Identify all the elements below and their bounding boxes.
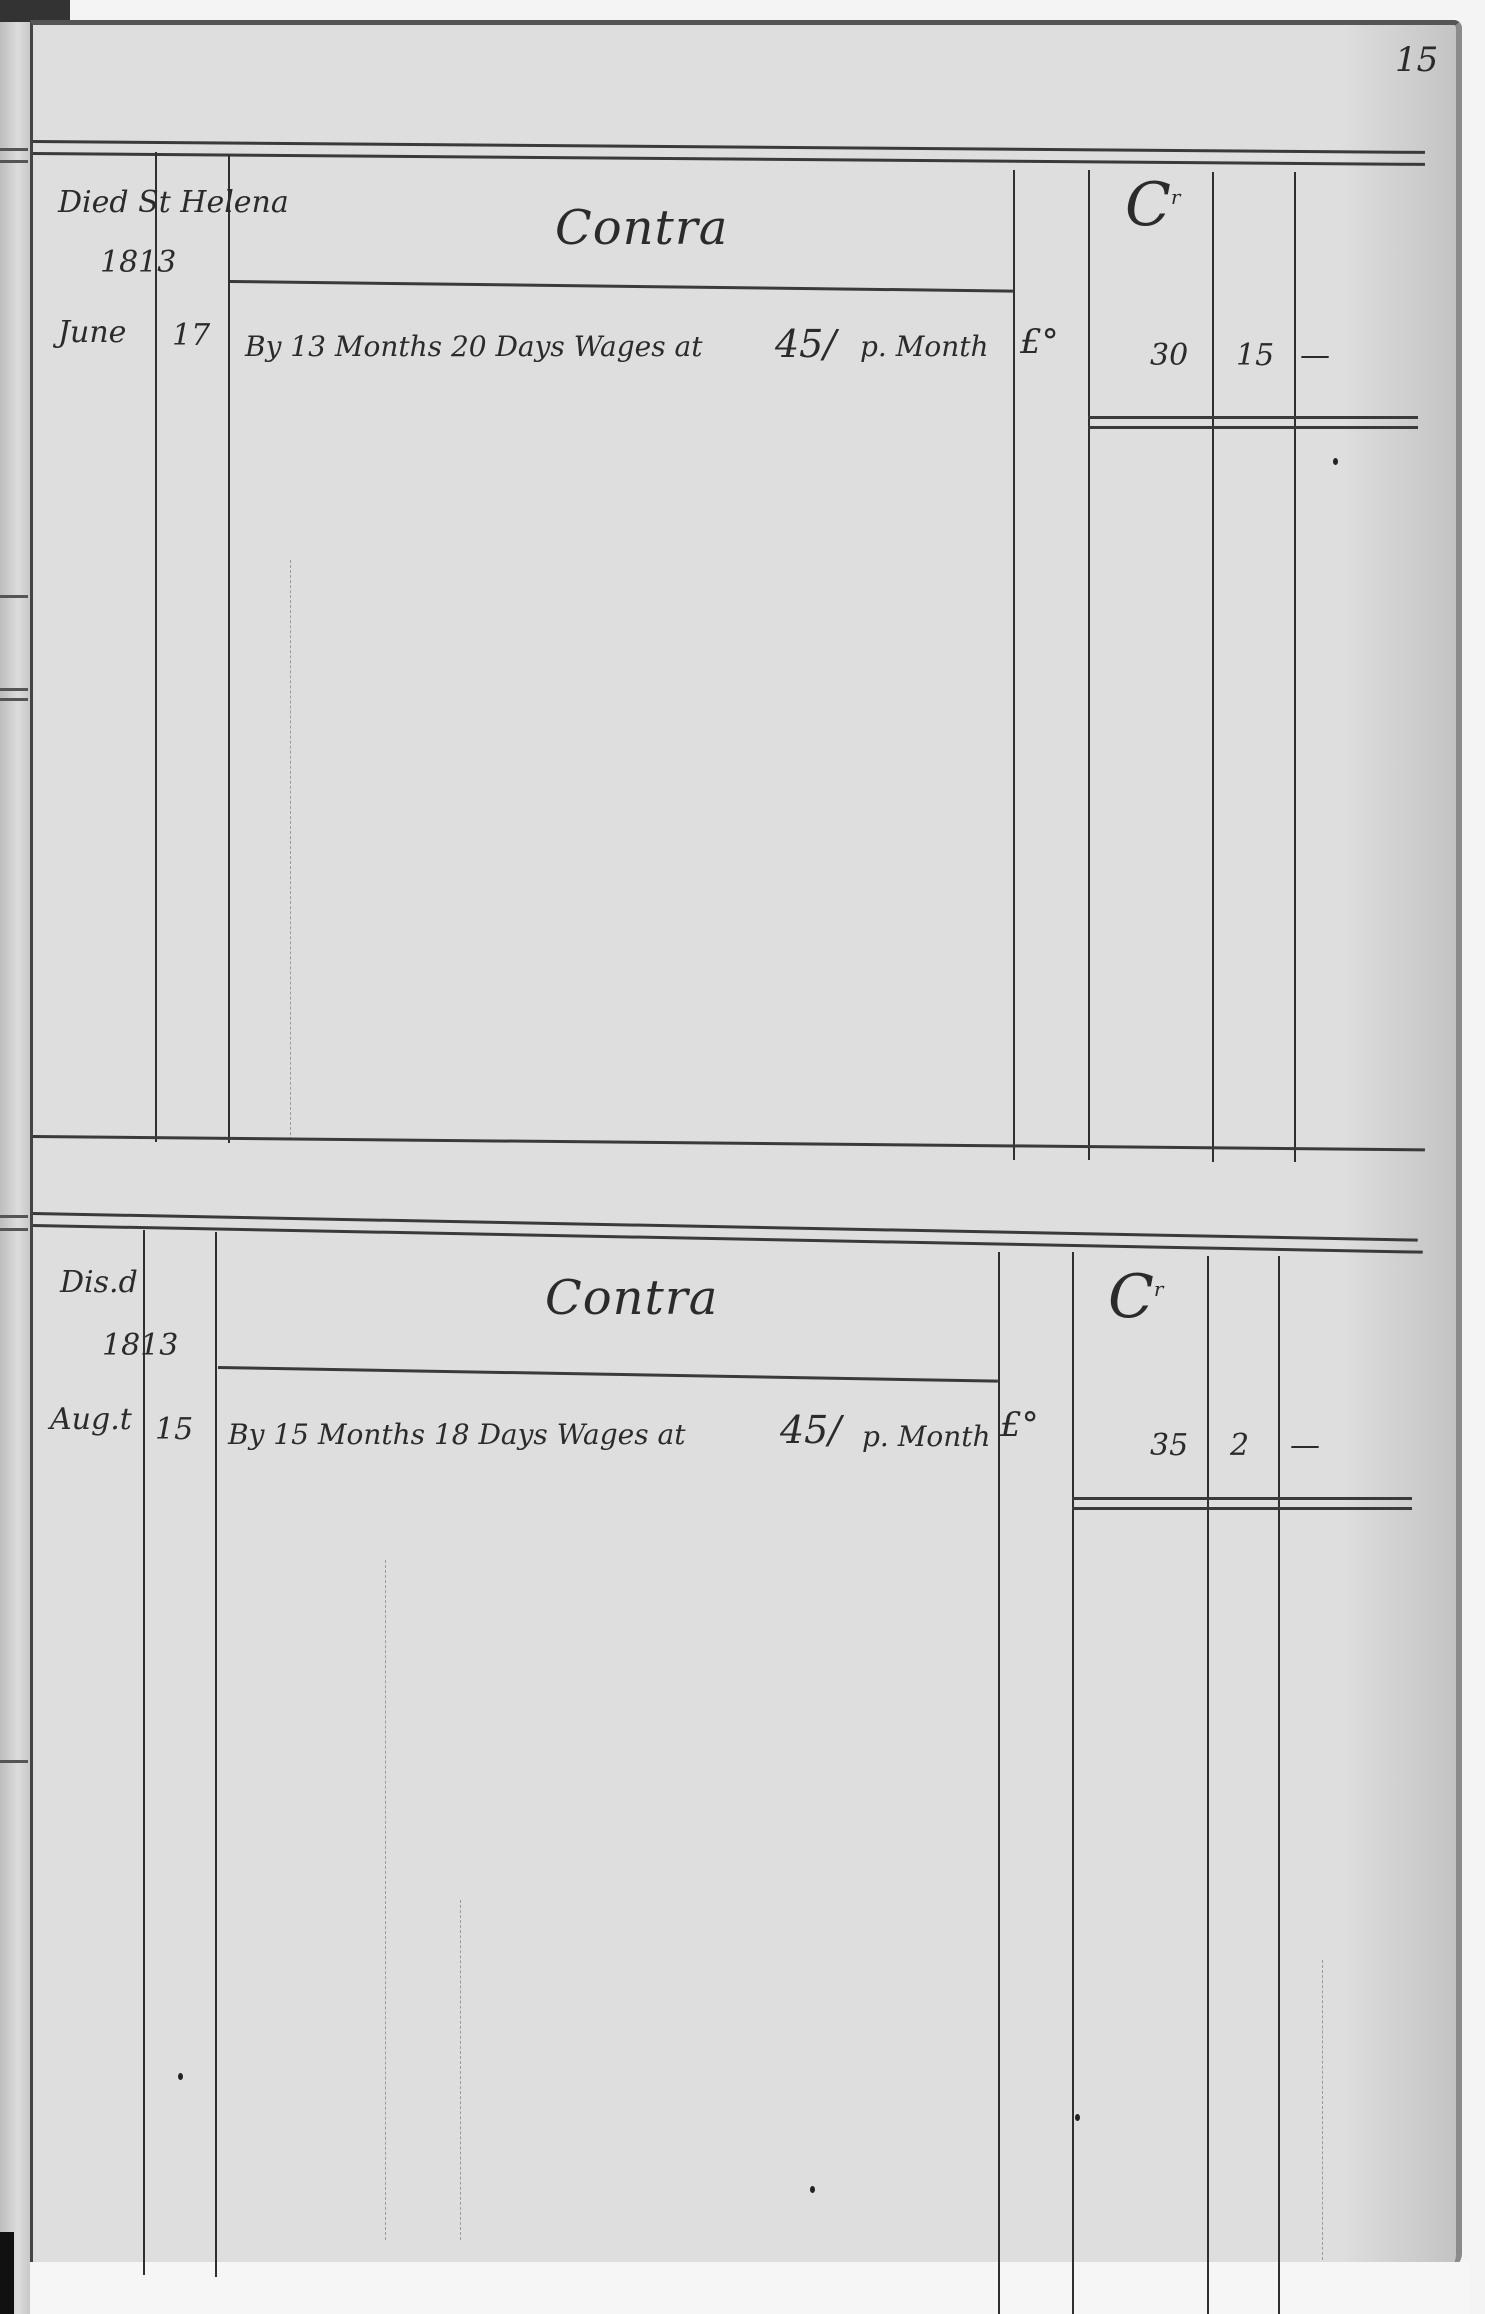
year: 1813 [102,1328,178,1363]
amount-double-rule [1088,416,1418,419]
contra-heading: Contra [545,1270,718,1326]
pounds-column-rule [1207,1256,1209,2314]
entry-folio: £° [1020,322,1059,362]
facing-page-rule [0,148,28,151]
ink-spot [178,2073,183,2080]
facing-page-rule [0,160,28,163]
facing-page-rule [0,688,28,691]
entry-shillings: 15 [1236,338,1274,373]
shillings-column-rule [1294,172,1296,1162]
faint-guide-line [385,1560,386,2240]
background-below-page [30,2262,1470,2314]
margin-note: Dis.d [60,1265,138,1300]
facing-page-rule [0,1228,28,1231]
page-number: 15 [1395,40,1438,80]
date-column-rule [143,1230,145,2275]
entry-shillings: 2 [1230,1428,1249,1463]
entry-month: Aug.t [50,1402,132,1437]
entry-per: p. Month [862,1420,991,1453]
day-column-rule [215,1232,217,2277]
facing-page-rule [0,698,28,701]
facing-page-rule [0,1215,28,1218]
entry-per: p. Month [860,330,989,363]
entry-description: By 15 Months 18 Days Wages at [228,1418,685,1451]
faint-guide-line [290,560,291,1140]
entry-pounds: 30 [1150,338,1188,373]
faint-guide-line [1322,1960,1323,2260]
folio-column-rule-left [1013,170,1015,1160]
day-column-rule [228,155,230,1143]
margin-note: Died St Helena [58,185,289,220]
faint-guide-line [460,1900,461,2240]
amount-double-rule [1072,1507,1412,1510]
credit-heading: Cr [1108,1262,1163,1332]
pounds-column-rule [1212,172,1214,1162]
contra-heading: Contra [555,200,728,256]
entry-rate: 45/ [780,1408,841,1452]
ink-spot [1075,2114,1080,2121]
shillings-column-rule [1278,1256,1280,2314]
folio-column-rule-right [1088,170,1090,1160]
entry-folio: £° [1000,1405,1039,1445]
credit-heading: Cr [1125,170,1180,240]
entry-day: 15 [155,1412,193,1447]
facing-page-rule [0,1760,28,1763]
year: 1813 [100,245,176,280]
entry-month: June [58,315,126,350]
binding-edge [0,0,70,22]
entry-description: By 13 Months 20 Days Wages at [245,330,702,363]
ink-spot [810,2186,815,2193]
entry-pounds: 35 [1150,1428,1188,1463]
book-spine [0,0,30,2314]
date-column-rule [155,152,157,1142]
amount-double-rule [1072,1497,1412,1500]
amount-double-rule [1088,426,1418,429]
entry-day: 17 [172,318,210,353]
facing-page-rule [0,595,28,598]
entry-pence: — [1300,338,1330,373]
entry-pence: — [1290,1428,1320,1463]
binding-corner [0,2232,14,2314]
ink-spot [1333,458,1338,465]
entry-rate: 45/ [775,322,836,366]
folio-column-rule-right [1072,1252,1074,2314]
